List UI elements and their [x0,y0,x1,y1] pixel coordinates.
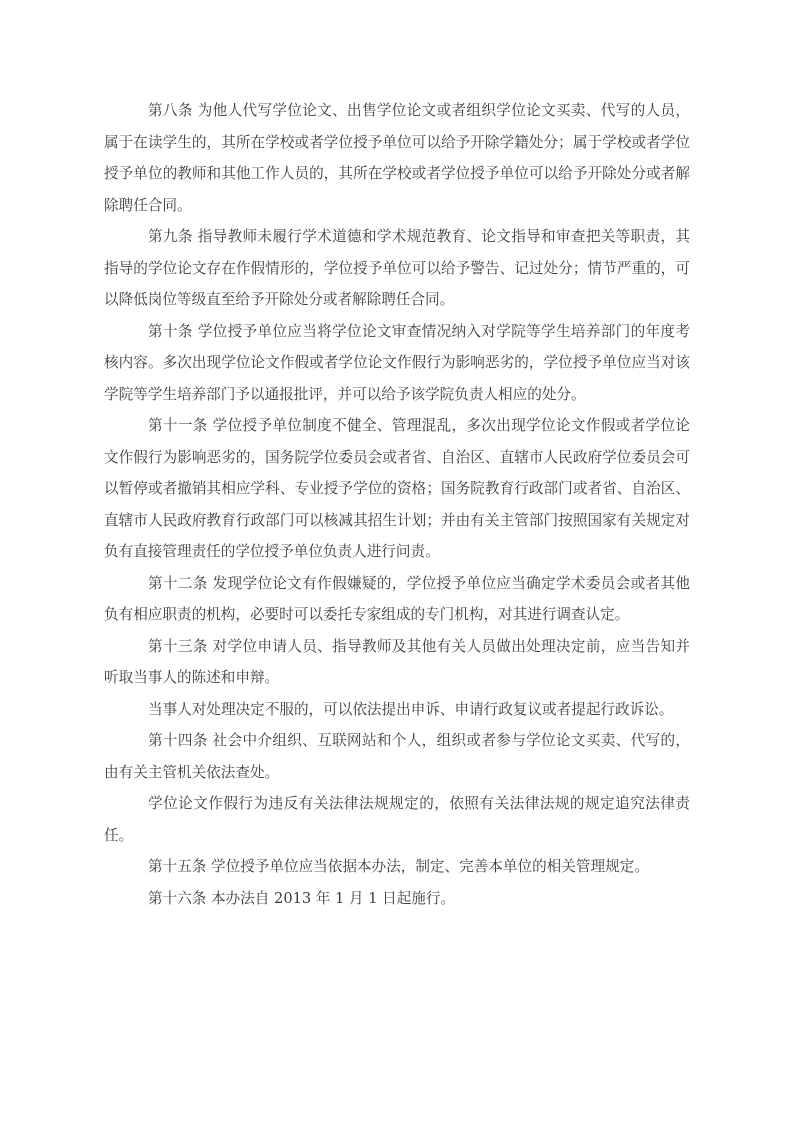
article-14-continued: 学位论文作假行为违反有关法律法规规定的，依照有关法律法规的规定追究法律责任。 [104,788,690,851]
article-13: 第十三条 对学位申请人员、指导教师及其他有关人员做出处理决定前，应当告知并听取当… [104,631,690,694]
article-12: 第十二条 发现学位论文有作假嫌疑的，学位授予单位应当确定学术委员会或者其他负有相… [104,568,690,631]
document-body: 第八条 为他人代写学位论文、出售学位论文或者组织学位论文买卖、代写的人员，属于在… [104,95,690,914]
article-16: 第十六条 本办法自 2013 年 1 月 1 日起施行。 [104,883,690,915]
article-9: 第九条 指导教师未履行学术道德和学术规范教育、论文指导和审查把关等职责，其指导的… [104,221,690,316]
article-10: 第十条 学位授予单位应当将学位论文审查情况纳入对学院等学生培养部门的年度考核内容… [104,316,690,411]
article-13-continued: 当事人对处理决定不服的，可以依法提出申诉、申请行政复议或者提起行政诉讼。 [104,694,690,726]
article-8: 第八条 为他人代写学位论文、出售学位论文或者组织学位论文买卖、代写的人员，属于在… [104,95,690,221]
article-11: 第十一条 学位授予单位制度不健全、管理混乱，多次出现学位论文作假或者学位论文作假… [104,410,690,568]
article-14: 第十四条 社会中介组织、互联网站和个人，组织或者参与学位论文买卖、代写的，由有关… [104,725,690,788]
article-15: 第十五条 学位授予单位应当依据本办法，制定、完善本单位的相关管理规定。 [104,851,690,883]
document-page: 第八条 为他人代写学位论文、出售学位论文或者组织学位论文买卖、代写的人员，属于在… [0,0,793,1122]
